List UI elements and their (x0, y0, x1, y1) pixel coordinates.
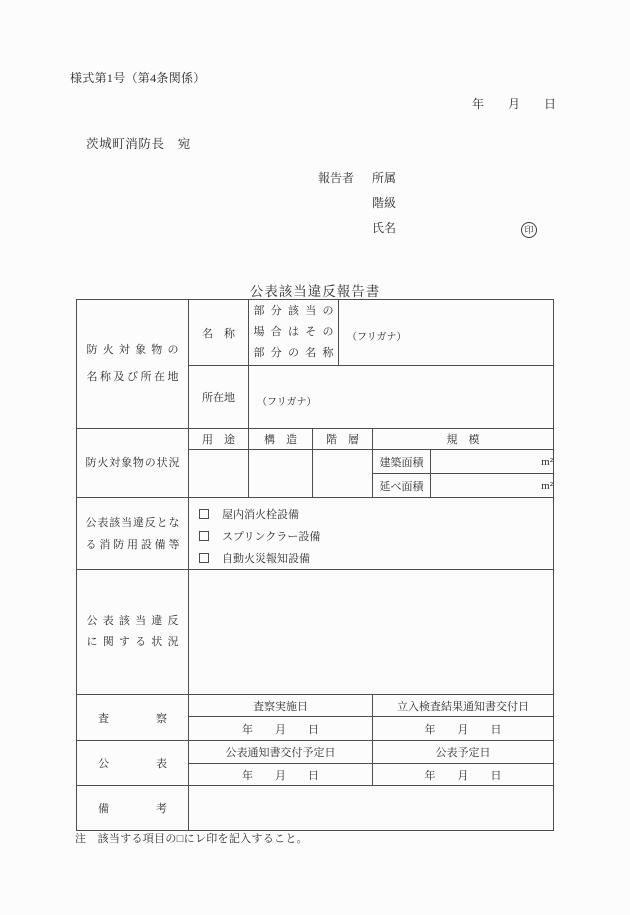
remarks-label-cell: 備 考 (77, 786, 189, 831)
total-area-entry-cell[interactable]: m² (431, 474, 554, 498)
publication-date-entry[interactable]: 年 月 日 (373, 764, 554, 786)
checkbox-icon[interactable] (199, 531, 209, 541)
remarks-label-char1: 備 (98, 800, 109, 816)
equipment-item-label: スプリンクラー設備 (222, 528, 320, 544)
inspection-notice-date-entry[interactable]: 年 月 日 (373, 717, 554, 741)
use-header-cell: 用 途 (189, 429, 249, 450)
violation-label-line1: 公表該当違反 (87, 611, 179, 632)
remarks-entry-cell[interactable] (189, 786, 554, 831)
address-furigana-label: （フリガナ） (249, 387, 553, 408)
partial-name-label-cell: 部分該当の 場合はその 部分の名称 (249, 300, 339, 366)
violation-report-table: 防火対象物の 名称及び所在地 名 称 部分該当の 場合はその 部分の名称 （フリ… (76, 299, 554, 831)
footnote: 注 該当する項目の□にレ印を記入すること。 (75, 830, 308, 846)
equipment-item-label: 屋内消火栓設備 (222, 506, 299, 522)
equipment-label-cell: 公表該当違反とな る消防用設備等 (77, 498, 189, 570)
inspection-label-char2: 察 (156, 710, 167, 726)
inspection-date-header: 査察実施日 (189, 695, 373, 717)
use-entry-cell[interactable] (189, 450, 249, 498)
publication-notice-date-entry[interactable]: 年 月 日 (189, 764, 373, 786)
floors-entry-cell[interactable] (313, 450, 373, 498)
structure-entry-cell[interactable] (249, 450, 313, 498)
publication-label-char2: 表 (156, 755, 167, 771)
equipment-checkbox-cell: 屋内消火栓設備 スプリンクラー設備 自動火災報知設備 (189, 498, 554, 570)
violation-entry-cell[interactable] (189, 570, 554, 695)
reporter-name-label: 氏名 (372, 219, 396, 236)
publication-notice-header: 公表通知書交付予定日 (189, 741, 373, 764)
form-page: 様式第1号（第4条関係） 年 月 日 茨城町消防長 宛 報告者 所属 階級 氏名… (0, 0, 630, 915)
remarks-label-char2: 考 (156, 800, 167, 816)
reporter-label: 報告者 (318, 169, 372, 186)
inspection-label-cell: 査 察 (77, 695, 189, 741)
condition-label: 防火対象物の状況 (86, 453, 180, 474)
address-label-cell: 所在地 (189, 366, 249, 429)
partial-name-line3: 部分の名称 (254, 343, 334, 364)
addressee: 茨城町消防長 宛 (86, 134, 191, 152)
total-area-unit: m² (541, 480, 553, 492)
publication-label-char1: 公 (98, 755, 109, 771)
name-entry-cell[interactable]: （フリガナ） (339, 300, 554, 366)
reporter-rank-label: 階級 (372, 194, 396, 211)
property-label-line1: 防火対象物の (87, 337, 179, 364)
publication-label-cell: 公 表 (77, 741, 189, 786)
reporter-affiliation-label: 所属 (372, 169, 396, 186)
date-line[interactable]: 年 月 日 (472, 95, 556, 112)
name-label-cell: 名 称 (189, 300, 249, 366)
scale-header-cell: 規 模 (373, 429, 554, 450)
equipment-label-line1: 公表該当違反とな (86, 512, 180, 534)
form-number: 様式第1号（第4条関係） (70, 69, 206, 86)
document-title: 公表該当違反報告書 (0, 280, 630, 300)
reporter-block: 報告者 所属 階級 氏名 (318, 165, 396, 240)
equipment-item-label: 自動火災報知設備 (222, 550, 310, 566)
condition-label-cell: 防火対象物の状況 (77, 429, 189, 498)
equipment-label-line2: る消防用設備等 (86, 534, 180, 556)
address-entry-cell[interactable]: （フリガナ） (249, 366, 554, 429)
inspection-label-char1: 査 (98, 710, 109, 726)
equipment-item-indoor-hydrant: 屋内消火栓設備 (189, 503, 553, 525)
floors-header-cell: 階 層 (313, 429, 373, 450)
inspection-date-entry[interactable]: 年 月 日 (189, 717, 373, 741)
seal-mark-icon: 印 (521, 222, 537, 238)
seal-character: 印 (524, 226, 533, 235)
name-furigana-label: （フリガナ） (339, 322, 553, 343)
violation-label-line2: に関する状況 (87, 632, 179, 653)
checkbox-icon[interactable] (199, 553, 209, 563)
property-label-cell: 防火対象物の 名称及び所在地 (77, 300, 189, 429)
building-area-label-cell: 建築面積 (373, 450, 431, 474)
property-label-line2: 名称及び所在地 (87, 364, 179, 391)
equipment-item-fire-alarm: 自動火災報知設備 (189, 547, 553, 569)
building-area-entry-cell[interactable]: m² (431, 450, 554, 474)
structure-header-cell: 構 造 (249, 429, 313, 450)
violation-label-cell: 公表該当違反 に関する状況 (77, 570, 189, 695)
checkbox-icon[interactable] (199, 509, 209, 519)
partial-name-line2: 場合はその (254, 322, 334, 343)
building-area-unit: m² (541, 456, 553, 468)
partial-name-line1: 部分該当の (254, 301, 334, 322)
inspection-notice-header: 立入検査結果通知書交付日 (373, 695, 554, 717)
publication-date-header: 公表予定日 (373, 741, 554, 764)
equipment-item-sprinkler: スプリンクラー設備 (189, 525, 553, 547)
total-area-label-cell: 延べ面積 (373, 474, 431, 498)
